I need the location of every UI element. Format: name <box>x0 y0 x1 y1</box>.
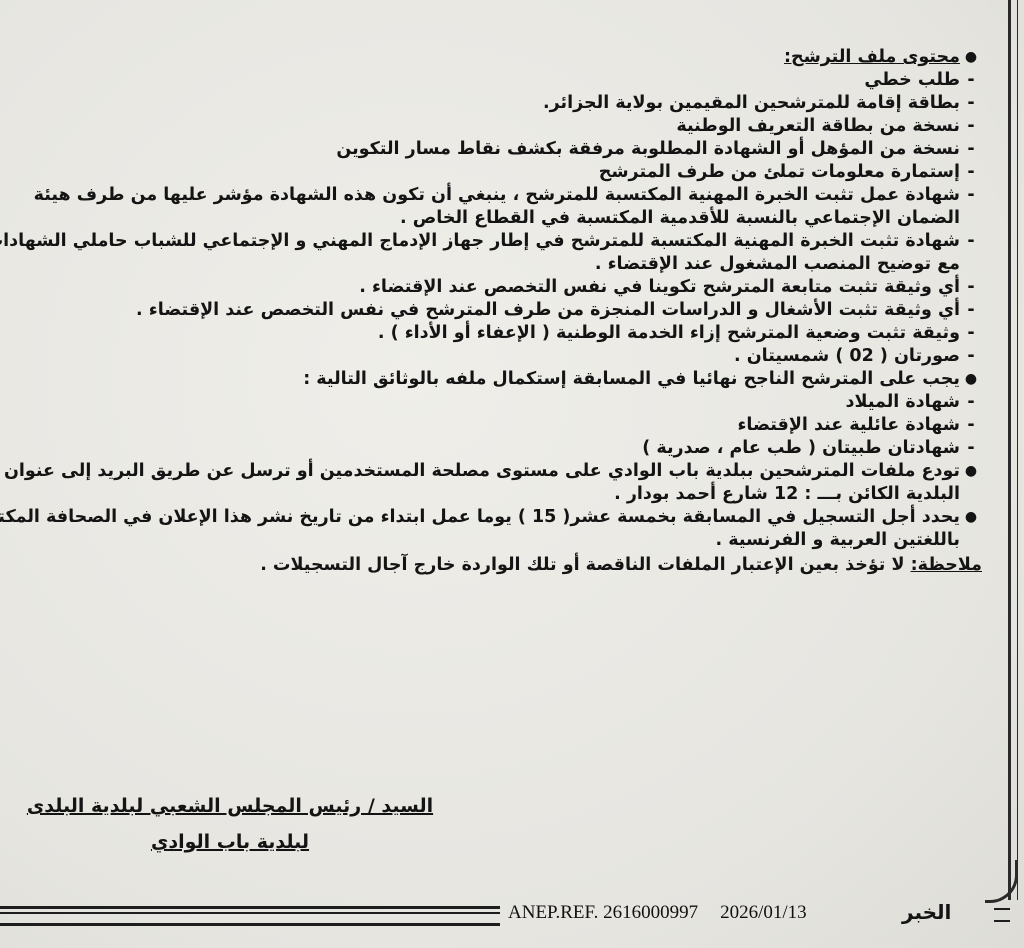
frame-border <box>1008 0 1018 900</box>
bullet-icon: ● <box>960 506 982 529</box>
list-item: -إستمارة معلومات تملئ من طرف المترشح <box>0 161 982 184</box>
list-item: -شهادة الميلاد <box>0 391 982 414</box>
signature-line-1: السيد / رئيس المجلس الشعبي لبلدية البلدى <box>27 795 433 817</box>
note-text: لا تؤخذ بعين الإعتبار الملفات الناقصة أو… <box>260 555 910 575</box>
list-item: -شهادتان طبيتان ( طب عام ، صدرية ) <box>0 437 982 460</box>
deposit-address: البلدية الكائن بـــ : 12 شارع أحمد بودار… <box>0 483 982 506</box>
list-item: -شهادة عمل تثبت الخبرة المهنية المكتسبة … <box>0 184 982 230</box>
bullet-icon: ● <box>960 46 982 69</box>
deadline-languages: باللغتين العربية و الفرنسية . <box>0 529 982 552</box>
signature-line-2: لبلدية باب الوادي <box>151 831 309 853</box>
list-item: -بطاقة إقامة للمترشحين المقيمين بولاية ا… <box>0 92 982 115</box>
deadline-paragraph: ● يحدد أجل التسجيل في المسابقة بخمسة عشر… <box>0 506 982 529</box>
dash-icon: - <box>960 92 982 115</box>
signature-block: السيد / رئيس المجلس الشعبي لبلدية البلدى… <box>20 788 440 860</box>
deposit-paragraph: ● تودع ملفات المترشحين ببلدية باب الوادي… <box>0 460 982 483</box>
bullet-icon: ● <box>960 460 982 483</box>
list-item: -نسخة من المؤهل أو الشهادة المطلوبة مرفق… <box>0 138 982 161</box>
dash-icon: - <box>960 115 982 138</box>
list-item: -وثيقة تثبت وضعية المترشح إزاء الخدمة ال… <box>0 322 982 345</box>
dash-icon: - <box>960 391 982 414</box>
anep-ref: ANEP.REF. 2616000997 <box>508 902 698 923</box>
list-item: -صورتان ( 02 ) شمسيتان . <box>0 345 982 368</box>
ad-reference: ANEP.REF. 26160009972026/01/13 <box>508 902 829 924</box>
successful-candidate-heading: ● يجب على المترشح الناجح نهائيا في المسا… <box>0 368 982 391</box>
dash-icon: - <box>960 437 982 460</box>
dash-icon: - <box>960 345 982 368</box>
ad-footer: ANEP.REF. 26160009972026/01/13 الخبر <box>0 900 1024 928</box>
successful-docs-list: -شهادة الميلاد -شهادة عائلية عند الإقتضا… <box>0 391 982 460</box>
note-paragraph: ملاحظة: لا تؤخذ بعين الإعتبار الملفات ال… <box>0 554 982 577</box>
dash-icon: - <box>960 69 982 92</box>
publish-date: 2026/01/13 <box>720 902 807 923</box>
list-item: -شهادة عائلية عند الإقتضاء <box>0 414 982 437</box>
dash-icon: - <box>960 322 982 345</box>
list-item: -شهادة تثبت الخبرة المهنية المكتسبة للمت… <box>0 230 982 276</box>
newspaper-page: ● محتوى ملف الترشح: -طلب خطي -بطاقة إقام… <box>0 0 1024 948</box>
bullet-icon: ● <box>960 368 982 391</box>
dash-icon: - <box>960 414 982 437</box>
dash-icon: - <box>960 276 982 299</box>
announcement-body: ● محتوى ملف الترشح: -طلب خطي -بطاقة إقام… <box>0 46 982 577</box>
footer-rule-right <box>994 908 1010 922</box>
note-label: ملاحظة: <box>911 555 982 575</box>
list-item: -أي وثيقة تثبت متابعة المترشح تكوينا في … <box>0 276 982 299</box>
list-item: -نسخة من بطاقة التعريف الوطنية <box>0 115 982 138</box>
dash-icon: - <box>960 299 982 322</box>
dash-icon: - <box>960 184 982 207</box>
dash-icon: - <box>960 230 982 253</box>
newspaper-logo: الخبر <box>902 900 951 924</box>
dash-icon: - <box>960 161 982 184</box>
list-item: -أي وثيقة تثبت الأشغال و الدراسات المنجز… <box>0 299 982 322</box>
section-heading: ● محتوى ملف الترشح: <box>0 46 982 69</box>
dash-icon: - <box>960 138 982 161</box>
footer-rule <box>0 906 500 926</box>
file-contents-list: -طلب خطي -بطاقة إقامة للمترشحين المقيمين… <box>0 69 982 368</box>
list-item: -طلب خطي <box>0 69 982 92</box>
